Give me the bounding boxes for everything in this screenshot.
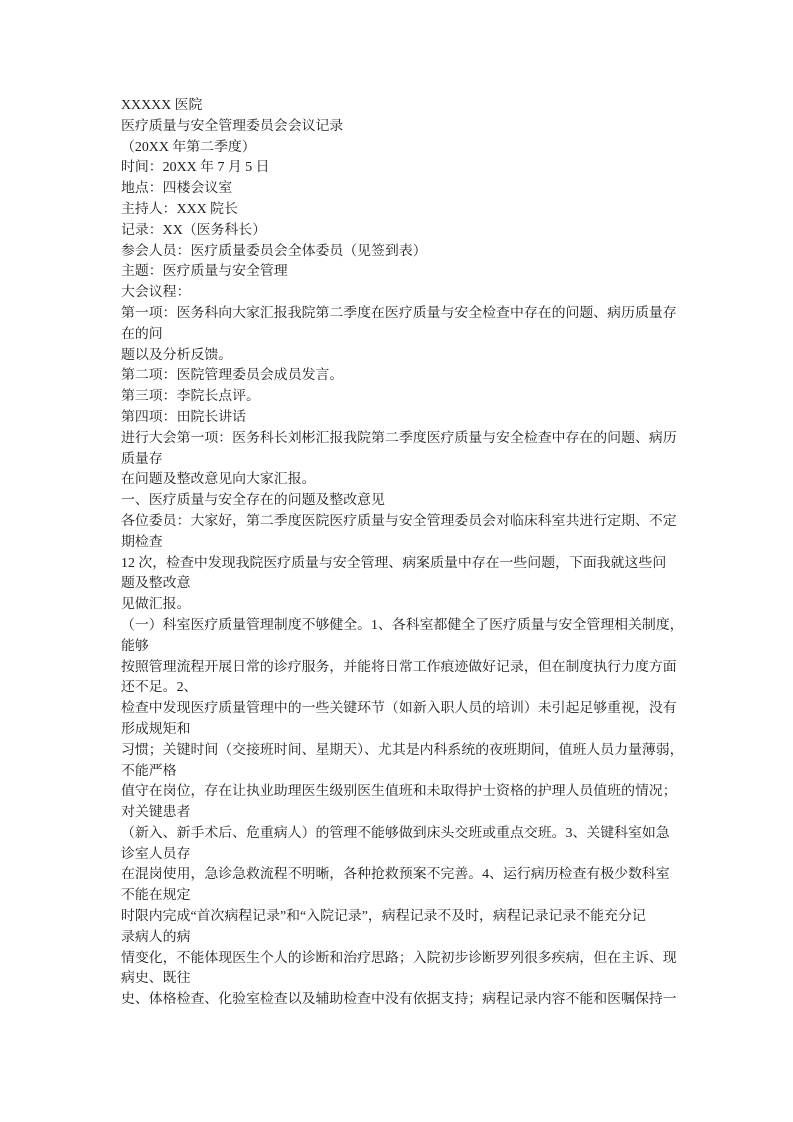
doc-line: 见做汇报。: [121, 595, 677, 616]
doc-line-location: 地点：四楼会议室: [121, 179, 677, 200]
doc-line: 不能在规定: [121, 886, 677, 907]
doc-line: 不能严格: [121, 762, 677, 783]
doc-line: 录病人的病: [121, 928, 677, 949]
doc-line: 检查中发现医疗质量管理中的一些关键环节（如新入职人员的培训）未引起足够重视，没有: [121, 699, 677, 720]
doc-line: 时限内完成“首次病程记录”和“入院记录”，病程记录不及时，病程记录记录不能充分记: [121, 907, 677, 928]
doc-line: 在混岗使用，急诊急救流程不明晰，各种抢救预案不完善。4、运行病历检查有极少数科室: [121, 865, 677, 886]
doc-line-quarter: （20XX 年第二季度）: [121, 138, 677, 159]
doc-line: （新入、新手术后、危重病人）的管理不能够做到床头交班或重点交班。3、关键科室如急: [121, 824, 677, 845]
doc-line-agenda-heading: 大会议程：: [121, 283, 677, 304]
doc-line-topic: 主题：医疗质量与安全管理: [121, 262, 677, 283]
doc-line: 值守在岗位，存在让执业助理医生级别医生值班和未取得护士资格的护理人员值班的情况；: [121, 782, 677, 803]
doc-line: 还不足。2、: [121, 678, 677, 699]
doc-line: 题及整改意: [121, 574, 677, 595]
document-body: XXXXX 医院 医疗质量与安全管理委员会会议记录 （20XX 年第二季度） 时…: [121, 96, 677, 1011]
doc-line: 对关键患者: [121, 803, 677, 824]
doc-line: 第三项：李院长点评。: [121, 387, 677, 408]
doc-line: 第二项：医院管理委员会成员发言。: [121, 366, 677, 387]
doc-line: 能够: [121, 637, 677, 658]
doc-line: 诊室人员存: [121, 845, 677, 866]
doc-line: 各位委员：大家好，第二季度医院医疗质量与安全管理委员会对临床科室共进行定期、不定: [121, 512, 677, 533]
doc-line: 题以及分析反馈。: [121, 346, 677, 367]
doc-line: 在问题及整改意见向大家汇报。: [121, 470, 677, 491]
doc-line: 情变化，不能体现医生个人的诊断和治疗思路；入院初步诊断罗列很多疾病，但在主诉、现: [121, 949, 677, 970]
doc-line: （一）科室医疗质量管理制度不够健全。1、各科室都健全了医疗质量与安全管理相关制度…: [121, 616, 677, 637]
doc-line: 质量存: [121, 450, 677, 471]
doc-line: 在的问: [121, 325, 677, 346]
doc-line: 习惯；关键时间（交接班时间、星期天）、尤其是内科系统的夜班期间，值班人员力量薄弱…: [121, 741, 677, 762]
doc-line: 病史、既往: [121, 969, 677, 990]
doc-line-meeting-title: 医疗质量与安全管理委员会会议记录: [121, 117, 677, 138]
doc-line: 形成规矩和: [121, 720, 677, 741]
doc-line-section-heading: 一、医疗质量与安全存在的问题及整改意见: [121, 491, 677, 512]
doc-line: 史、体格检查、化验室检查以及辅助检查中没有依据支持；病程记录内容不能和医嘱保持一: [121, 990, 677, 1011]
doc-line-host: 主持人：XXX 院长: [121, 200, 677, 221]
doc-line-time: 时间：20XX 年 7 月 5 日: [121, 158, 677, 179]
doc-line: 第一项：医务科向大家汇报我院第二季度在医疗质量与安全检查中存在的问题、病历质量存: [121, 304, 677, 325]
doc-line-attendees: 参会人员：医疗质量委员会全体委员（见签到表）: [121, 242, 677, 263]
doc-line: 12 次，检查中发现我院医疗质量与安全管理、病案质量中存在一些问题，下面我就这些…: [121, 554, 677, 575]
doc-line: 进行大会第一项：医务科长刘彬汇报我院第二季度医疗质量与安全检查中存在的问题、病历: [121, 429, 677, 450]
doc-line: 第四项：田院长讲话: [121, 408, 677, 429]
doc-line: 期检查: [121, 533, 677, 554]
doc-line: 按照管理流程开展日常的诊疗服务，并能将日常工作痕迹做好记录，但在制度执行力度方面: [121, 658, 677, 679]
doc-line-recorder: 记录：XX（医务科长）: [121, 221, 677, 242]
doc-line-hospital-name: XXXXX 医院: [121, 96, 677, 117]
